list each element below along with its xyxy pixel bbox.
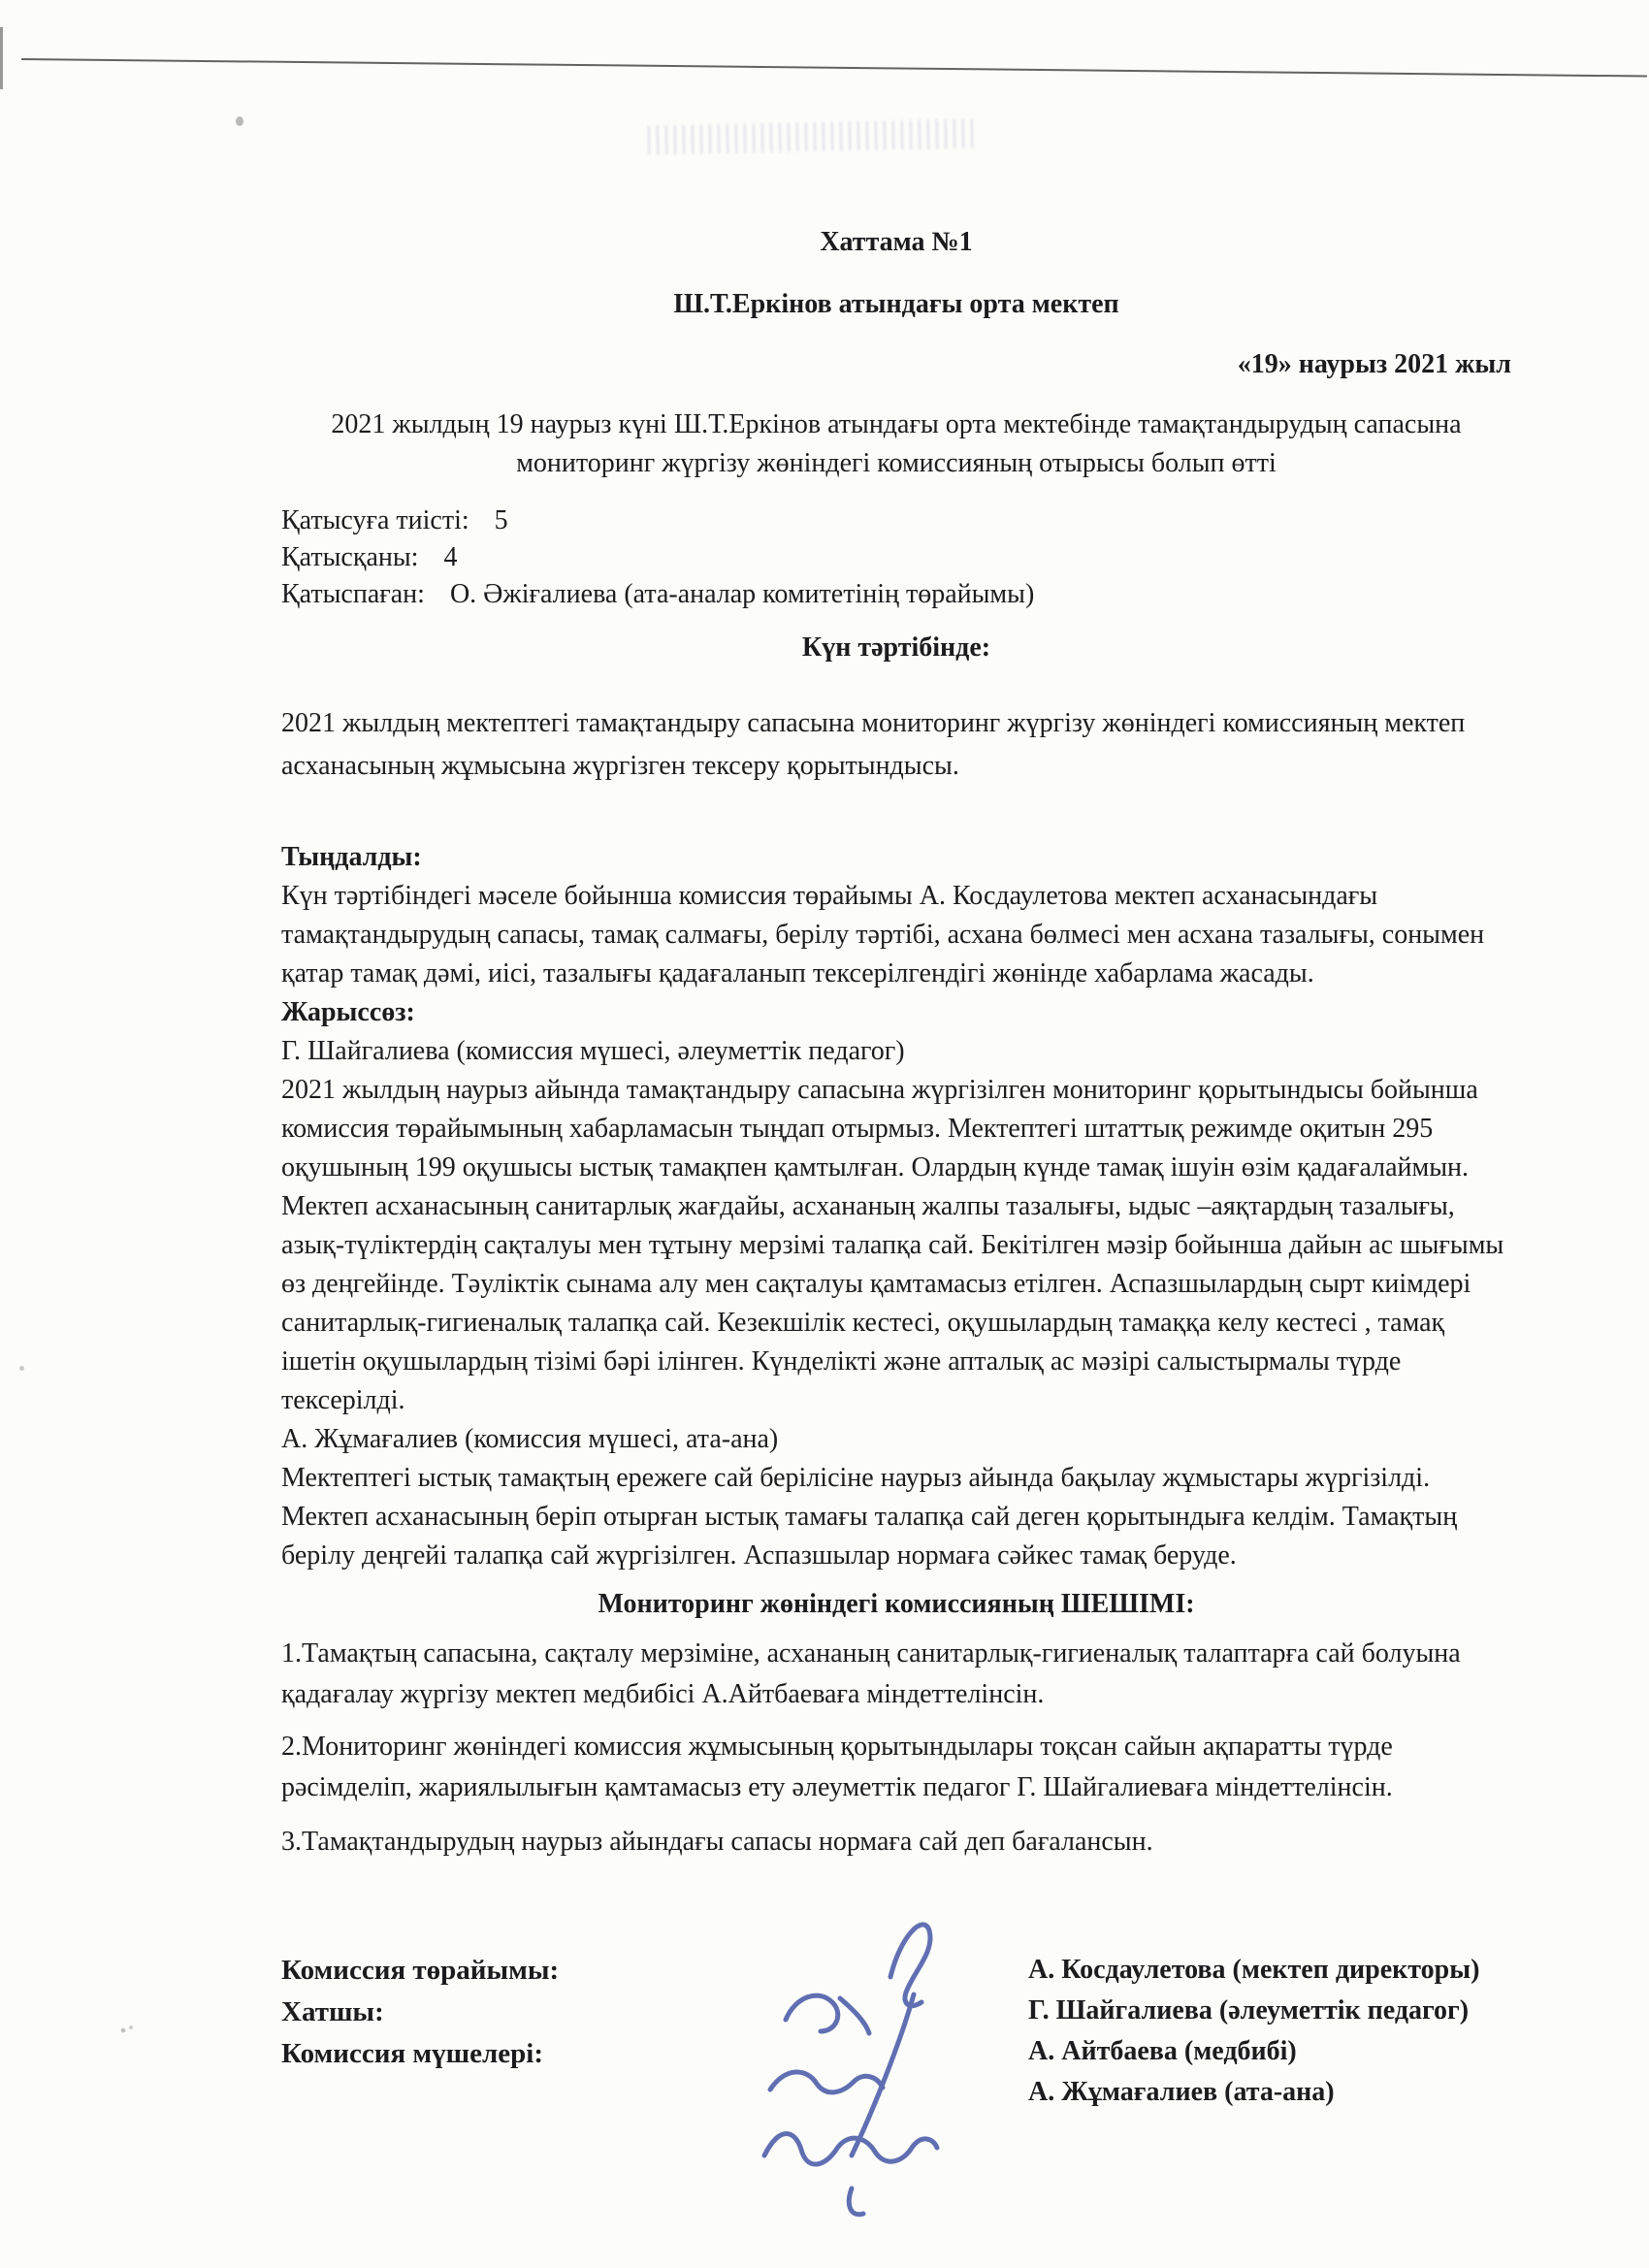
document-body: Хаттама №1 Ш.Т.Еркінов атындағы орта мек… bbox=[281, 0, 1511, 2113]
signature-name-2: Г. Шайгалиева (әлеуметтік педагог) bbox=[1028, 1991, 1511, 2031]
attendance-absent-value: О. Әжіғалиева (ата-аналар комитетінің тө… bbox=[450, 579, 1034, 609]
speaker-2-text: Мектептегі ыстық тамақтың ережеге сай бе… bbox=[281, 1459, 1511, 1575]
speaker-1-name: Г. Шайгалиева (комиссия мүшесі, әлеуметт… bbox=[281, 1032, 1511, 1071]
speaker-2-name: А. Жұмағалиев (комиссия мүшесі, ата-ана) bbox=[281, 1420, 1511, 1459]
signature-labels: Комиссия төрайымы: Хатшы: Комиссия мүшел… bbox=[281, 1950, 747, 2113]
document-title: Хаттама №1 bbox=[281, 223, 1511, 262]
decision-item-2: 2.Мониторинг жөніндегі комиссия жұмысыны… bbox=[281, 1727, 1511, 1808]
heard-text: Күн тәртібіндегі мәселе бойынша комиссия… bbox=[281, 877, 1511, 993]
signature-label-chair: Комиссия төрайымы: bbox=[281, 1950, 747, 1992]
decision-item-1: 1.Тамақтың сапасына, сақталу мерзіміне, … bbox=[281, 1634, 1511, 1715]
attendance-present: Қатысқаны:4 bbox=[281, 539, 1511, 576]
scan-dot-artifact bbox=[19, 1366, 24, 1371]
scan-dot-artifact bbox=[236, 116, 243, 126]
attendance-present-label: Қатысқаны: bbox=[281, 542, 418, 572]
signature-label-members: Комиссия мүшелері: bbox=[281, 2033, 747, 2075]
attendance-required-value: 5 bbox=[495, 505, 508, 535]
ink-signature-area bbox=[747, 1950, 1028, 2113]
signature-block: Комиссия төрайымы: Хатшы: Комиссия мүшел… bbox=[281, 1950, 1511, 2113]
signature-label-secretary: Хатшы: bbox=[281, 1992, 747, 2033]
attendance-absent: Қатыспаған:О. Әжіғалиева (ата-аналар ком… bbox=[281, 576, 1511, 613]
decision-heading: Мониторинг жөніндегі комиссияның ШЕШІМІ: bbox=[281, 1585, 1511, 1624]
speaker-1-text: 2021 жылдың наурыз айында тамақтандыру с… bbox=[281, 1071, 1511, 1420]
scan-dot-artifact bbox=[120, 2025, 134, 2033]
debate-heading: Жарыссөз: bbox=[281, 993, 1511, 1032]
school-name: Ш.Т.Еркінов атындағы орта мектеп bbox=[281, 285, 1511, 324]
page-edge-artifact bbox=[0, 27, 3, 89]
handwritten-signature bbox=[737, 1901, 1018, 2231]
document-date: «19» наурыз 2021 жыл bbox=[281, 345, 1511, 384]
signature-name-1: А. Косдаулетова (мектеп директоры) bbox=[1028, 1950, 1511, 1991]
attendance-required: Қатысуға тиісті:5 bbox=[281, 502, 1511, 539]
decision-item-3: 3.Тамақтандырудың наурыз айындағы сапасы… bbox=[281, 1822, 1511, 1863]
signature-name-4: А. Жұмағалиев (ата-ана) bbox=[1028, 2072, 1511, 2113]
signature-names: А. Косдаулетова (мектеп директоры) Г. Ша… bbox=[1028, 1950, 1511, 2113]
attendance-present-value: 4 bbox=[443, 542, 457, 572]
intro-paragraph: 2021 жылдың 19 наурыз күні Ш.Т.Еркінов а… bbox=[281, 405, 1511, 483]
attendance-required-label: Қатысуға тиісті: bbox=[281, 505, 469, 535]
attendance-absent-label: Қатыспаған: bbox=[281, 579, 425, 609]
scanned-document-page: Хаттама №1 Ш.Т.Еркінов атындағы орта мек… bbox=[0, 0, 1649, 2268]
agenda-heading: Күн тәртібінде: bbox=[281, 629, 1511, 667]
heard-heading: Тыңдалды: bbox=[281, 838, 1511, 877]
attendance-block: Қатысуға тиісті:5 Қатысқаны:4 Қатыспаған… bbox=[281, 502, 1511, 613]
agenda-text: 2021 жылдың мектептегі тамақтандыру сапа… bbox=[281, 702, 1511, 788]
signature-name-3: А. Айтбаева (медбибі) bbox=[1028, 2031, 1511, 2072]
